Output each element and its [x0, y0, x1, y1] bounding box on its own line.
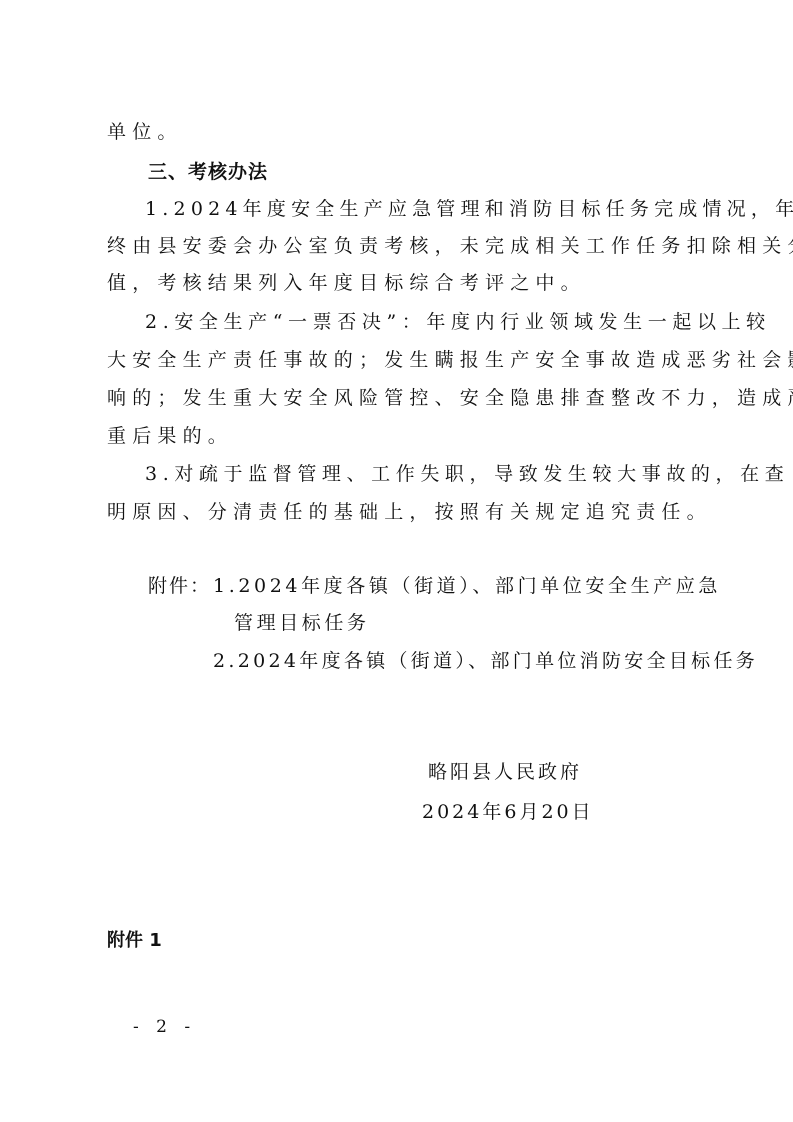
continuation-text: 单位。	[107, 120, 183, 144]
section-heading: 三、考核办法	[148, 160, 268, 184]
issuer-name: 略阳县人民政府	[428, 760, 582, 784]
paragraph-line: 终由县安委会办公室负责考核，未完成相关工作任务扣除相关分	[107, 234, 793, 258]
page-number: - 2 -	[133, 1015, 196, 1039]
paragraph-line: 值，考核结果列入年度目标综合考评之中。	[107, 271, 586, 295]
attachment-item-1-continued: 管理目标任务	[234, 611, 370, 635]
attachment-item-1[interactable]: 1.2024年度各镇（街道）、部门单位安全生产应急	[213, 574, 721, 598]
paragraph-line: 1.2024年度安全生产应急管理和消防目标任务完成情况，年	[145, 197, 793, 221]
issue-date: 2024年6月20日	[422, 800, 594, 824]
paragraph-line: 大安全生产责任事故的；发生瞒报生产安全事故造成恶劣社会影	[107, 348, 793, 372]
paragraph-line: 2.安全生产“一票否决”：年度内行业领域发生一起以上较	[145, 310, 771, 334]
paragraph-line: 重后果的。	[107, 424, 233, 448]
paragraph-line: 3.对疏于监督管理、工作失职，导致发生较大事故的，在查	[145, 462, 789, 486]
attachments-label: 附件：	[148, 574, 211, 598]
attachment-item-2[interactable]: 2.2024年度各镇（街道）、部门单位消防安全目标任务	[213, 649, 758, 673]
paragraph-line: 明原因、分清责任的基础上，按照有关规定追究责任。	[107, 500, 712, 524]
attachment-header: 附件 1	[107, 929, 162, 953]
paragraph-line: 响的；发生重大安全风险管控、安全隐患排查整改不力，造成严	[107, 386, 793, 410]
